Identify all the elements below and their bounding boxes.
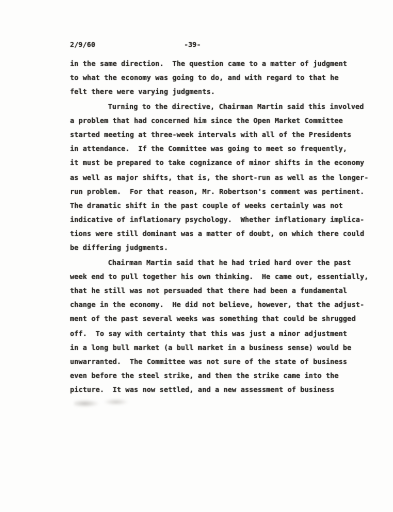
text-line: in a long bull market (a bull market in …: [70, 341, 375, 355]
document-header: 2/9/60 -39-: [70, 41, 370, 53]
document-body: in the same direction. The question came…: [70, 57, 375, 398]
text-line: in attendance. If the Committee was goin…: [70, 142, 375, 156]
text-line: that he still was not persuaded that the…: [70, 284, 375, 298]
text-line: The dramatic shift in the past couple of…: [70, 199, 375, 213]
text-line: started meeting at three-week intervals …: [70, 128, 375, 142]
text-line: felt there were varying judgments.: [70, 85, 375, 99]
text-line: a problem that had concerned him since t…: [70, 114, 375, 128]
text-line: unwarranted. The Committee was not sure …: [70, 355, 375, 369]
text-line: week end to pull together his own thinki…: [70, 270, 375, 284]
text-line: picture. It was now settled, and a new a…: [70, 383, 375, 397]
page-number-label: -39-: [184, 41, 201, 49]
text-line: as well as major shifts, that is, the sh…: [70, 171, 375, 185]
smudge-mark: [74, 398, 134, 408]
text-line: it must be prepared to take cognizance o…: [70, 156, 375, 170]
date-label: 2/9/60: [70, 41, 95, 49]
text-line: off. To say with certainty that this was…: [70, 327, 375, 341]
text-line: Turning to the directive, Chairman Marti…: [70, 100, 375, 114]
text-line: to what the economy was going to do, and…: [70, 71, 375, 85]
text-line: Chairman Martin said that he had tried h…: [70, 256, 375, 270]
text-line: change in the economy. He did not believ…: [70, 298, 375, 312]
text-line: run problem. For that reason, Mr. Robert…: [70, 185, 375, 199]
text-line: indicative of inflationary psychology. W…: [70, 213, 375, 227]
text-line: even before the steel strike, and then t…: [70, 369, 375, 383]
document-page: 2/9/60 -39- in the same direction. The q…: [0, 0, 393, 512]
text-line: be differing judgments.: [70, 241, 375, 255]
text-line: tions were still dominant was a matter o…: [70, 227, 375, 241]
text-line: in the same direction. The question came…: [70, 57, 375, 71]
text-line: ment of the past several weeks was somet…: [70, 312, 375, 326]
